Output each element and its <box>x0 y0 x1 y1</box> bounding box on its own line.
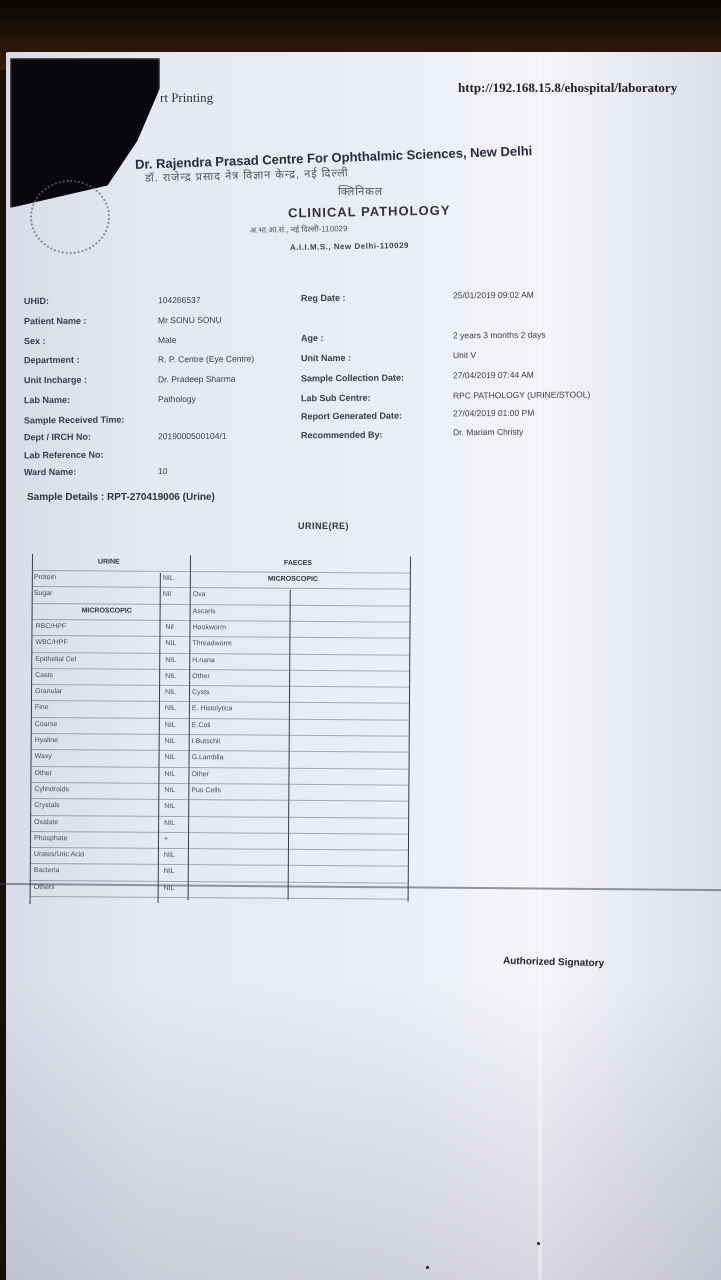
faeces-test-name: Ova <box>193 591 206 598</box>
field-value: Mr SONU SONU <box>158 315 222 326</box>
urine-test-name: Fine <box>35 704 49 711</box>
field-value: 27/04/2019 01:00 PM <box>453 408 534 419</box>
field-label: Ward Name: <box>24 467 76 477</box>
urine-test-name: Sugar <box>34 590 53 597</box>
field-label: Sample Collection Date: <box>301 373 404 384</box>
urine-test-result: NIL <box>165 705 176 712</box>
field-label: Department : <box>24 355 80 365</box>
field-label: Dept / IRCH No: <box>24 432 91 443</box>
table-rule <box>30 847 408 851</box>
urine-test-name: RBC/HPF <box>35 623 66 630</box>
field-label: Age : <box>301 333 324 343</box>
urine-test-name: WBC/HPF <box>35 639 67 646</box>
faeces-test-name: Cysts <box>192 689 210 696</box>
faeces-test-name: Other <box>191 771 209 778</box>
urine-test-result: NIL <box>165 673 176 680</box>
table-rule <box>30 814 408 818</box>
urine-test-name: Coarse <box>35 721 58 728</box>
table-rule <box>31 684 409 688</box>
print-label: rt Printing <box>160 90 213 106</box>
field-value: 2019000500104/1 <box>158 431 227 442</box>
page-url: http://192.168.15.8/ehospital/laboratory <box>458 80 677 96</box>
field-label: UHID: <box>24 296 49 306</box>
field-label: Lab Sub Centre: <box>301 393 371 404</box>
field-value: Male <box>158 335 177 345</box>
urine-test-result: NIL <box>165 640 176 647</box>
urine-test-name: Other <box>34 770 52 777</box>
urine-header: URINE <box>98 558 120 565</box>
table-rule <box>30 831 408 835</box>
field-label: Lab Name: <box>24 395 70 405</box>
urine-test-name: Cylindroids <box>34 786 69 793</box>
table-rule <box>32 570 410 574</box>
table-border <box>158 573 161 903</box>
field-value: RPC PATHOLOGY (URINE/STOOL) <box>453 389 590 400</box>
urine-test-result: NIL <box>165 738 176 745</box>
department-hindi: क्लिनिकल <box>338 184 383 199</box>
urine-test-result: NIL <box>164 787 175 794</box>
faeces-test-name: Ascaris <box>193 608 216 615</box>
section-title: URINE(RE) <box>298 521 349 531</box>
urine-test-name: Phosphate <box>34 835 68 842</box>
table-rule <box>31 651 409 655</box>
field-value: 27/04/2019 07:44 AM <box>453 370 534 381</box>
department-title: CLINICAL PATHOLOGY <box>288 203 451 221</box>
speck <box>426 1266 429 1269</box>
urine-test-result: NIL <box>164 803 175 810</box>
urine-test-name: Granular <box>35 688 62 695</box>
table-rule <box>30 863 408 867</box>
table-rule <box>31 700 409 704</box>
urine-test-result: NIL <box>165 689 176 696</box>
urine-test-name: Hyaline <box>35 737 58 744</box>
paper-shading <box>6 980 721 1280</box>
urine-microscopic-header: MICROSCOPIC <box>82 607 132 614</box>
faeces-test-name: Other <box>192 673 210 680</box>
urine-test-name: Protein <box>34 574 56 581</box>
field-value: 104266537 <box>158 295 201 305</box>
faeces-test-name: H.nana <box>192 657 215 664</box>
results-table: URINEFAECESMICROSCOPICProteinNILSugarNil… <box>30 554 412 907</box>
table-rule <box>30 896 408 900</box>
faeces-microscopic-header: MICROSCOPIC <box>268 576 318 583</box>
table-rule <box>30 798 408 802</box>
urine-test-name: Casts <box>35 672 53 679</box>
field-label: Unit Incharge : <box>24 375 87 386</box>
table-rule <box>31 635 409 639</box>
sample-details: Sample Details : RPT-270419006 (Urine) <box>27 492 215 503</box>
urine-test-result: NIL <box>163 575 174 582</box>
faeces-test-name: Threadworm <box>192 640 231 647</box>
field-label: Recommended By: <box>301 430 383 441</box>
address-hindi: अ.भा.आ.सं., नई दिल्ली-110029 <box>250 223 348 236</box>
field-label: Lab Reference No: <box>24 450 104 461</box>
table-rule <box>32 603 410 607</box>
urine-test-name: Waxy <box>35 753 52 760</box>
urine-test-result: NIL <box>165 754 176 761</box>
urine-test-result: + <box>164 836 168 843</box>
institution-logo-icon <box>30 180 110 254</box>
field-label: Reg Date : <box>301 293 346 303</box>
urine-test-result: NIL <box>165 656 176 663</box>
table-rule <box>32 619 410 623</box>
urine-test-result: Nil <box>165 624 173 631</box>
field-value: Pathology <box>158 394 196 404</box>
table-rule <box>31 668 409 672</box>
table-rule <box>31 717 409 721</box>
field-value: Dr. Pradeep Sharma <box>158 374 236 385</box>
field-value: Unit V <box>453 350 476 360</box>
urine-test-name: Bacteria <box>34 867 60 874</box>
faeces-test-name: Pus Cells <box>191 787 221 794</box>
urine-test-result: NIL <box>164 771 175 778</box>
field-value: R. P. Centre (Eye Centre) <box>158 354 254 365</box>
table-rule <box>31 733 409 737</box>
urine-test-name: Oxalate <box>34 819 58 826</box>
table-rule <box>30 782 408 786</box>
paper-fold-vertical <box>538 52 542 1280</box>
field-value: 25/01/2019 09:02 AM <box>453 290 534 301</box>
faeces-header: FAECES <box>284 560 312 567</box>
field-label: Unit Name : <box>301 353 351 363</box>
urine-test-name: Epithelial Cel <box>35 656 76 663</box>
faeces-test-name: E.Coli <box>192 722 211 729</box>
urine-test-result: Nil <box>163 591 171 598</box>
faeces-test-name: Hookworm <box>192 624 226 631</box>
faeces-test-name: E. Histolytica <box>192 706 233 713</box>
field-label: Sample Received Time: <box>24 415 124 426</box>
urine-test-result: NIL <box>165 722 176 729</box>
urine-test-name: Crystals <box>34 802 59 809</box>
speck <box>537 1242 540 1245</box>
field-value: 10 <box>158 466 168 476</box>
field-label: Sex : <box>24 336 46 346</box>
field-value: Dr. Mariam Christy <box>453 427 523 438</box>
field-value: 2 years 3 months 2 days <box>453 330 546 341</box>
faeces-test-name: I.Butschli <box>192 738 220 745</box>
field-label: Report Generated Date: <box>301 411 402 422</box>
table-rule <box>31 749 409 753</box>
urine-test-result: NIL <box>164 819 175 826</box>
field-label: Patient Name : <box>24 316 87 327</box>
faeces-test-name: G.Lamblia <box>192 754 224 761</box>
urine-test-name: Urates/Uric Acid <box>34 851 84 858</box>
urine-test-result: NIL <box>164 868 175 875</box>
table-rule <box>32 586 410 590</box>
urine-test-result: NIL <box>164 852 175 859</box>
table-rule <box>31 766 409 770</box>
